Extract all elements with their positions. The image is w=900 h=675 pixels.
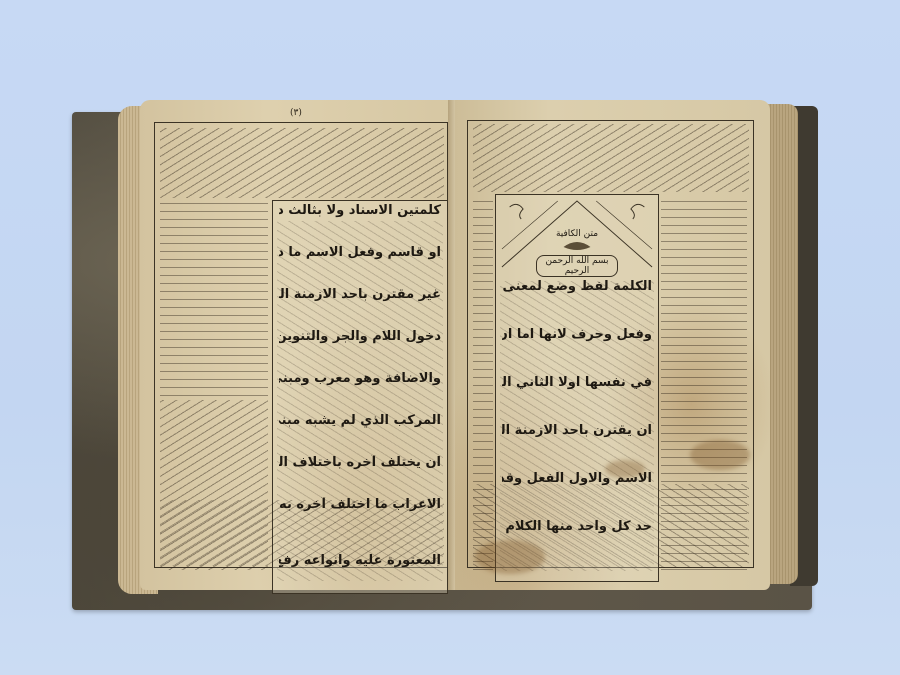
- main-text-line: او قاسم وفعل الاسم ما دل على معنى في نفس…: [279, 245, 441, 260]
- main-text-line: وفعل وحرف لانها اما ان تدل على معنى: [502, 327, 652, 342]
- main-text-line: دخول اللام والجر والتنوين والاسناد اليه: [279, 329, 441, 344]
- main-text-line: الكلمة لفظ وضع لمعنى مفرد وهي اسم: [502, 279, 652, 294]
- margin-gloss-side: [160, 200, 268, 400]
- right-page: متن الكافية بسم الله الرحمن الرحيم الكلم…: [455, 100, 770, 590]
- water-stain: [475, 540, 545, 574]
- page-number: (٣): [290, 108, 302, 118]
- margin-gloss-top: [473, 124, 749, 192]
- main-text-line: المركب الذي لم يشبه مبني الاصل وحكمه: [279, 413, 441, 428]
- main-text-box: متن الكافية بسم الله الرحمن الرحيم الكلم…: [495, 194, 659, 582]
- main-text-line: غير مقترن باحد الازمنة الثلاثة ومن خواصه: [279, 287, 441, 302]
- left-page: (٣) كلمتين الاسناد ولا بثالث دالثالث الا…: [140, 100, 458, 590]
- main-text-line: ان يقترن باحد الازمنة الثلاثة اولا الثان…: [502, 423, 652, 438]
- water-stain: [690, 440, 750, 470]
- water-stain: [605, 460, 645, 478]
- main-text-line: كلمتين الاسناد ولا بثالث دالثالث الاول ا…: [279, 203, 441, 218]
- main-text-line: ان يختلف آخره باختلاف العوامل لفظا او تق…: [279, 455, 441, 470]
- main-text-line: والاضافة وهو معرب ومبني فالمعرب: [279, 371, 441, 386]
- main-text-line: في نفسها اولا الثاني الحرف والاول اما: [502, 375, 652, 390]
- title-ornament: متن الكافية بسم الله الرحمن الرحيم: [500, 199, 654, 269]
- basmala: بسم الله الرحمن الرحيم: [536, 255, 618, 277]
- book-title: متن الكافية: [500, 229, 654, 239]
- main-text-line: حد كل واحد منها الكلام ما تضمن: [502, 519, 652, 534]
- margin-gloss-bottom: [160, 500, 444, 566]
- margin-gloss-top: [160, 128, 444, 198]
